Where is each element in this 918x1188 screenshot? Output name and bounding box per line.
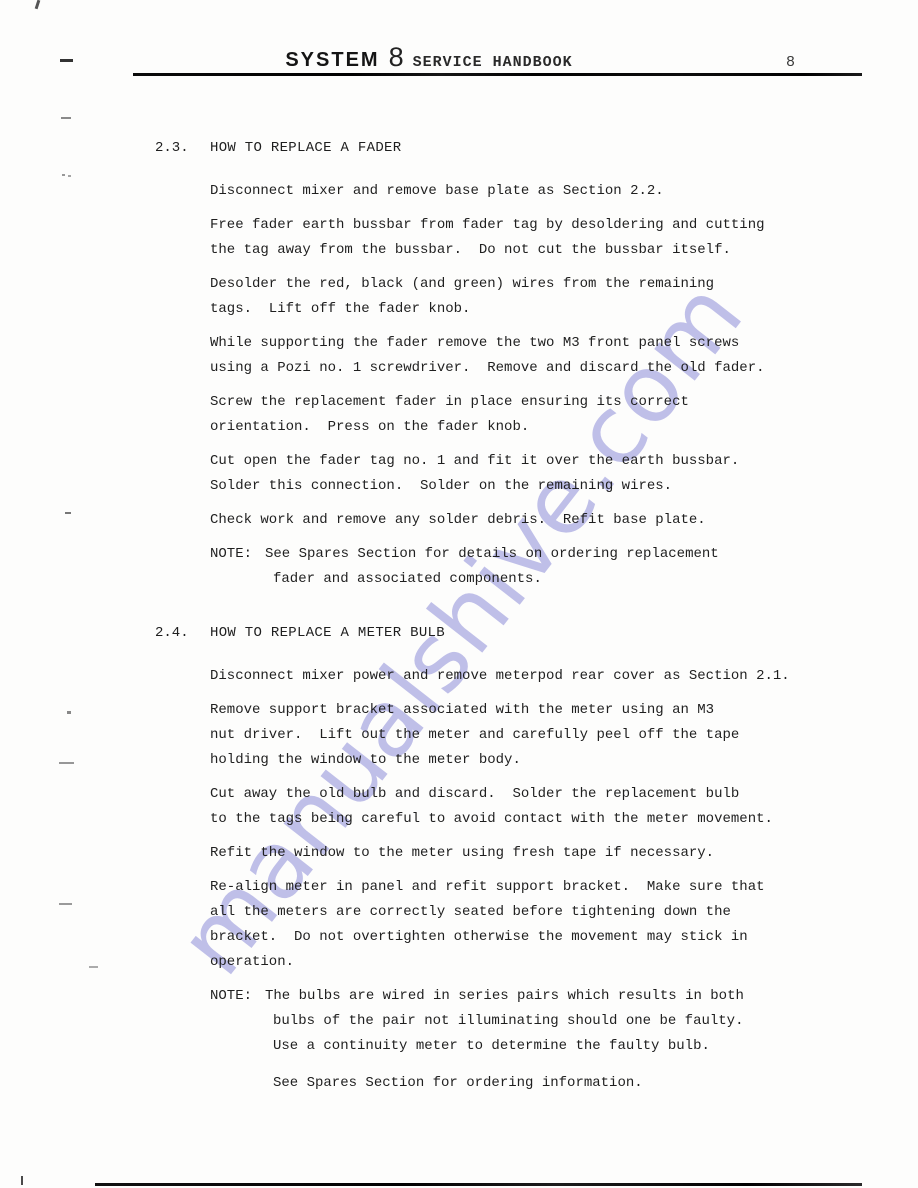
text-line: Remove support bracket associated with t… bbox=[210, 698, 815, 723]
text-line: Screw the replacement fader in place ens… bbox=[210, 390, 815, 415]
note-block: NOTE:The bulbs are wired in series pairs… bbox=[210, 984, 815, 1096]
text-line: operation. bbox=[210, 950, 815, 975]
paragraph: Desolder the red, black (and green) wire… bbox=[210, 272, 815, 322]
scan-artifact bbox=[62, 174, 65, 176]
note-label: NOTE: bbox=[210, 542, 265, 592]
text-line: bracket. Do not overtighten otherwise th… bbox=[210, 925, 815, 950]
text-line: to the tags being careful to avoid conta… bbox=[210, 807, 815, 832]
handbook-title-number: 8 bbox=[389, 42, 404, 73]
paragraph: Refit the window to the meter using fres… bbox=[210, 841, 815, 866]
text-line: using a Pozi no. 1 screwdriver. Remove a… bbox=[210, 356, 815, 381]
scan-artifact bbox=[89, 966, 98, 968]
document-content: 2.3.HOW TO REPLACE A FADERDisconnect mix… bbox=[155, 136, 815, 1105]
text-line: Re-align meter in panel and refit suppor… bbox=[210, 875, 815, 900]
section-heading: 2.3.HOW TO REPLACE A FADER bbox=[155, 136, 815, 161]
paragraph: Check work and remove any solder debris.… bbox=[210, 508, 815, 533]
bottom-rule bbox=[95, 1183, 862, 1186]
text-line: fader and associated components. bbox=[265, 567, 719, 592]
section-number: 2.4. bbox=[155, 621, 210, 646]
text-line: the tag away from the bussbar. Do not cu… bbox=[210, 238, 815, 263]
text-line: nut driver. Lift out the meter and caref… bbox=[210, 723, 815, 748]
note-body: The bulbs are wired in series pairs whic… bbox=[265, 984, 744, 1096]
note-block: NOTE:See Spares Section for details on o… bbox=[210, 542, 815, 592]
text-line: Disconnect mixer power and remove meterp… bbox=[210, 664, 815, 689]
document-page: SYSTEM 8 SERVICE HANDBOOK 8 manualshive.… bbox=[0, 0, 918, 1188]
paragraph: Disconnect mixer and remove base plate a… bbox=[210, 179, 815, 204]
note-label: NOTE: bbox=[210, 984, 265, 1096]
text-line: all the meters are correctly seated befo… bbox=[210, 900, 815, 925]
text-line: See Spares Section for details on orderi… bbox=[265, 542, 719, 567]
text-line: tags. Lift off the fader knob. bbox=[210, 297, 815, 322]
text-line: Free fader earth bussbar from fader tag … bbox=[210, 213, 815, 238]
text-line: Solder this connection. Solder on the re… bbox=[210, 474, 815, 499]
section-title: HOW TO REPLACE A FADER bbox=[210, 136, 401, 161]
note-paragraph: See Spares Section for details on orderi… bbox=[265, 542, 719, 592]
paragraph: While supporting the fader remove the tw… bbox=[210, 331, 815, 381]
paragraph: Screw the replacement fader in place ens… bbox=[210, 390, 815, 440]
paragraph: Re-align meter in panel and refit suppor… bbox=[210, 875, 815, 975]
text-line: Desolder the red, black (and green) wire… bbox=[210, 272, 815, 297]
scan-artifact bbox=[65, 512, 71, 514]
section-number: 2.3. bbox=[155, 136, 210, 161]
text-line: See Spares Section for ordering informat… bbox=[265, 1071, 744, 1096]
page-header: SYSTEM 8 SERVICE HANDBOOK bbox=[0, 42, 858, 73]
text-line: Disconnect mixer and remove base plate a… bbox=[210, 179, 815, 204]
handbook-title-text: SERVICE HANDBOOK bbox=[413, 54, 573, 71]
text-line: bulbs of the pair not illuminating shoul… bbox=[265, 1009, 744, 1034]
paragraph: Free fader earth bussbar from fader tag … bbox=[210, 213, 815, 263]
section-title: HOW TO REPLACE A METER BULB bbox=[210, 621, 445, 646]
scan-artifact bbox=[35, 0, 41, 9]
handbook-title-system: SYSTEM bbox=[285, 49, 379, 72]
text-line: Refit the window to the meter using fres… bbox=[210, 841, 815, 866]
text-line: Use a continuity meter to determine the … bbox=[265, 1034, 744, 1059]
header-rule bbox=[133, 73, 862, 76]
page-number: 8 bbox=[786, 54, 795, 71]
paragraph: Cut open the fader tag no. 1 and fit it … bbox=[210, 449, 815, 499]
scan-artifact bbox=[61, 117, 71, 119]
scan-artifact bbox=[59, 903, 72, 905]
note-paragraph: The bulbs are wired in series pairs whic… bbox=[265, 984, 744, 1059]
text-line: holding the window to the meter body. bbox=[210, 748, 815, 773]
paragraph: Cut away the old bulb and discard. Solde… bbox=[210, 782, 815, 832]
scan-artifact bbox=[67, 711, 71, 714]
note-paragraph: See Spares Section for ordering informat… bbox=[265, 1071, 744, 1096]
note-body: See Spares Section for details on orderi… bbox=[265, 542, 719, 592]
text-line: The bulbs are wired in series pairs whic… bbox=[265, 984, 744, 1009]
text-line: Cut away the old bulb and discard. Solde… bbox=[210, 782, 815, 807]
text-line: While supporting the fader remove the tw… bbox=[210, 331, 815, 356]
text-line: Check work and remove any solder debris.… bbox=[210, 508, 815, 533]
paragraph: Remove support bracket associated with t… bbox=[210, 698, 815, 773]
text-line: orientation. Press on the fader knob. bbox=[210, 415, 815, 440]
section-2.4: 2.4.HOW TO REPLACE A METER BULBDisconnec… bbox=[155, 621, 815, 1096]
text-line: Cut open the fader tag no. 1 and fit it … bbox=[210, 449, 815, 474]
paragraph: Disconnect mixer power and remove meterp… bbox=[210, 664, 815, 689]
scan-artifact bbox=[21, 1176, 23, 1185]
scan-artifact bbox=[59, 762, 74, 764]
section-heading: 2.4.HOW TO REPLACE A METER BULB bbox=[155, 621, 815, 646]
section-2.3: 2.3.HOW TO REPLACE A FADERDisconnect mix… bbox=[155, 136, 815, 592]
